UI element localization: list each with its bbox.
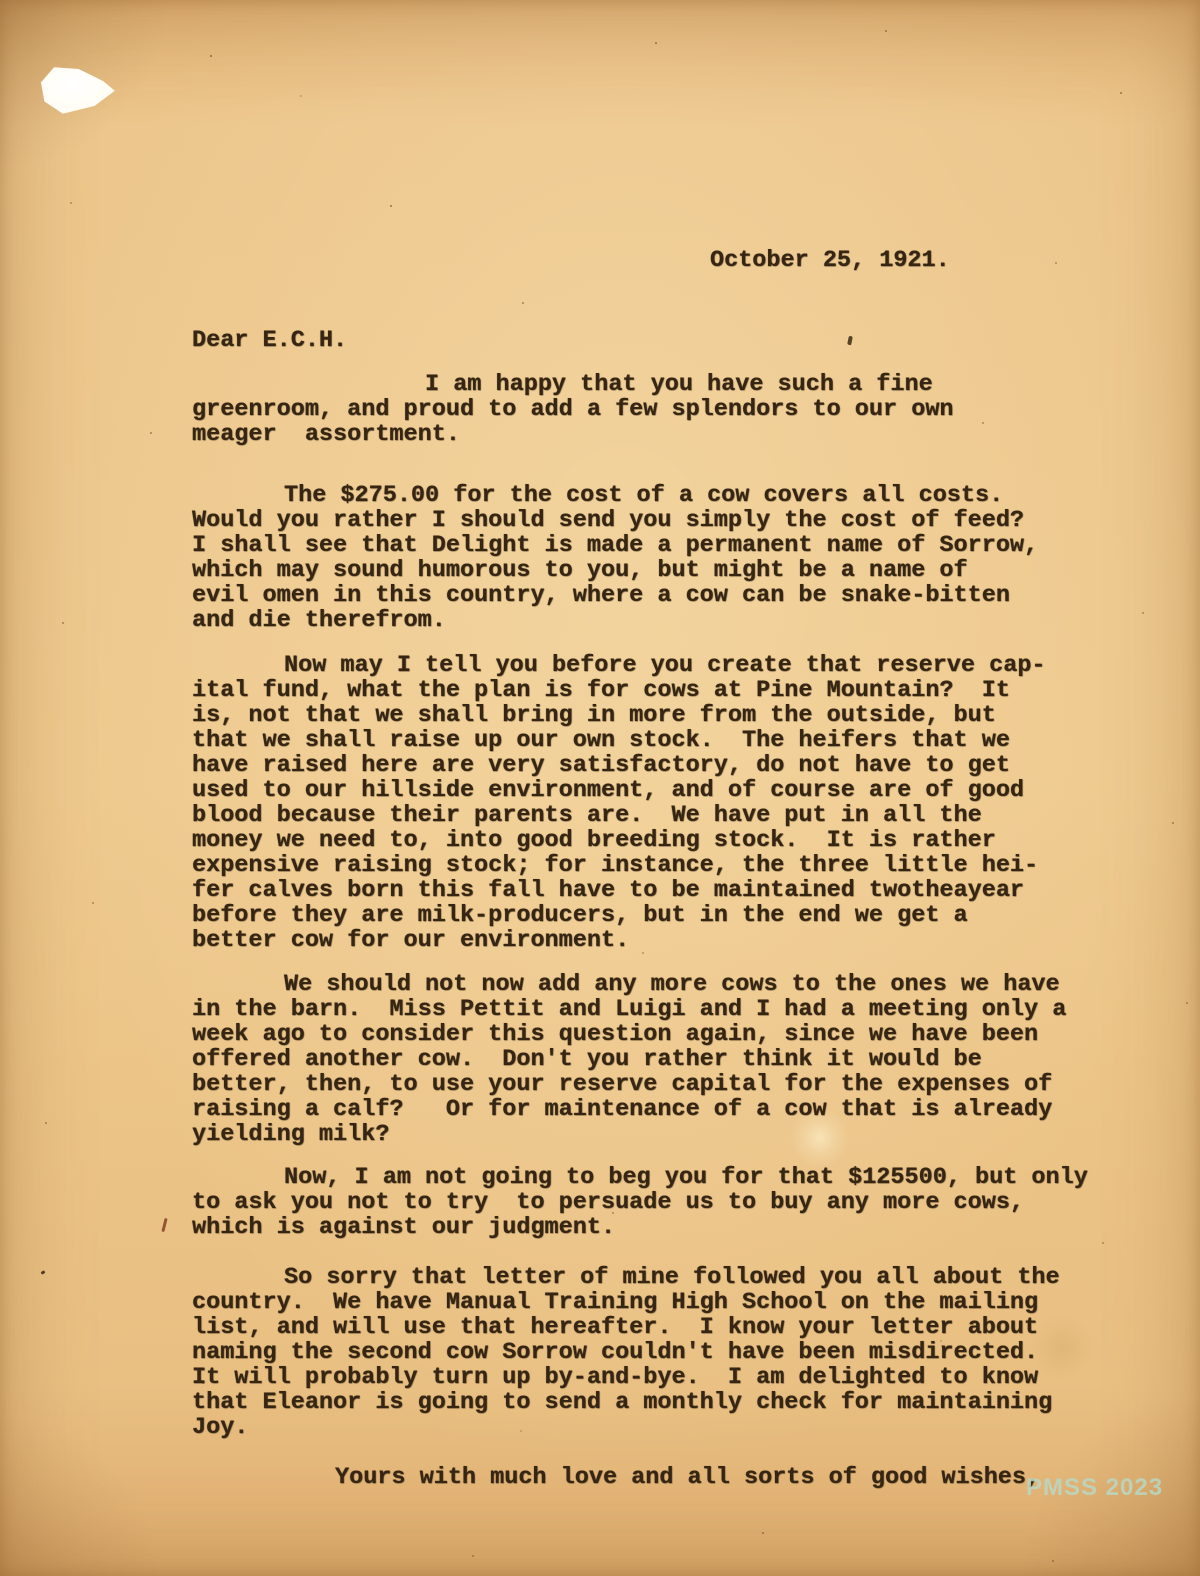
margin-slash-mark (161, 1218, 167, 1232)
letter-scan-page: October 25, 1921. Dear E.C.H. I am happy… (0, 0, 1200, 1576)
paragraph-greenroom: I am happy that you have such a fine gre… (192, 372, 1104, 447)
paper-speckle-texture (0, 0, 2, 2)
margin-fleck-mark (41, 1270, 46, 1275)
paragraph-cow-cost: The $275.00 for the cost of a cow covers… (192, 483, 1104, 633)
letter-date: October 25, 1921. (710, 248, 1104, 273)
pmss-watermark: PMSS 2023 (1026, 1474, 1163, 1502)
paper-tear-spot (33, 60, 121, 116)
salutation-line: Dear E.C.H. (192, 328, 1104, 353)
paragraph-no-more-cows: We should not now add any more cows to t… (192, 972, 1104, 1147)
closing-line: Yours with much love and all sorts of go… (335, 1465, 1104, 1490)
paragraph-misdirected-letter: So sorry that letter of mine followed yo… (192, 1265, 1104, 1440)
letter-content: October 25, 1921. Dear E.C.H. I am happy… (192, 248, 1104, 1490)
paragraph-cow-plan: Now may I tell you before you create tha… (192, 653, 1104, 953)
paragraph-not-begging: Now, I am not going to beg you for that … (192, 1165, 1104, 1240)
